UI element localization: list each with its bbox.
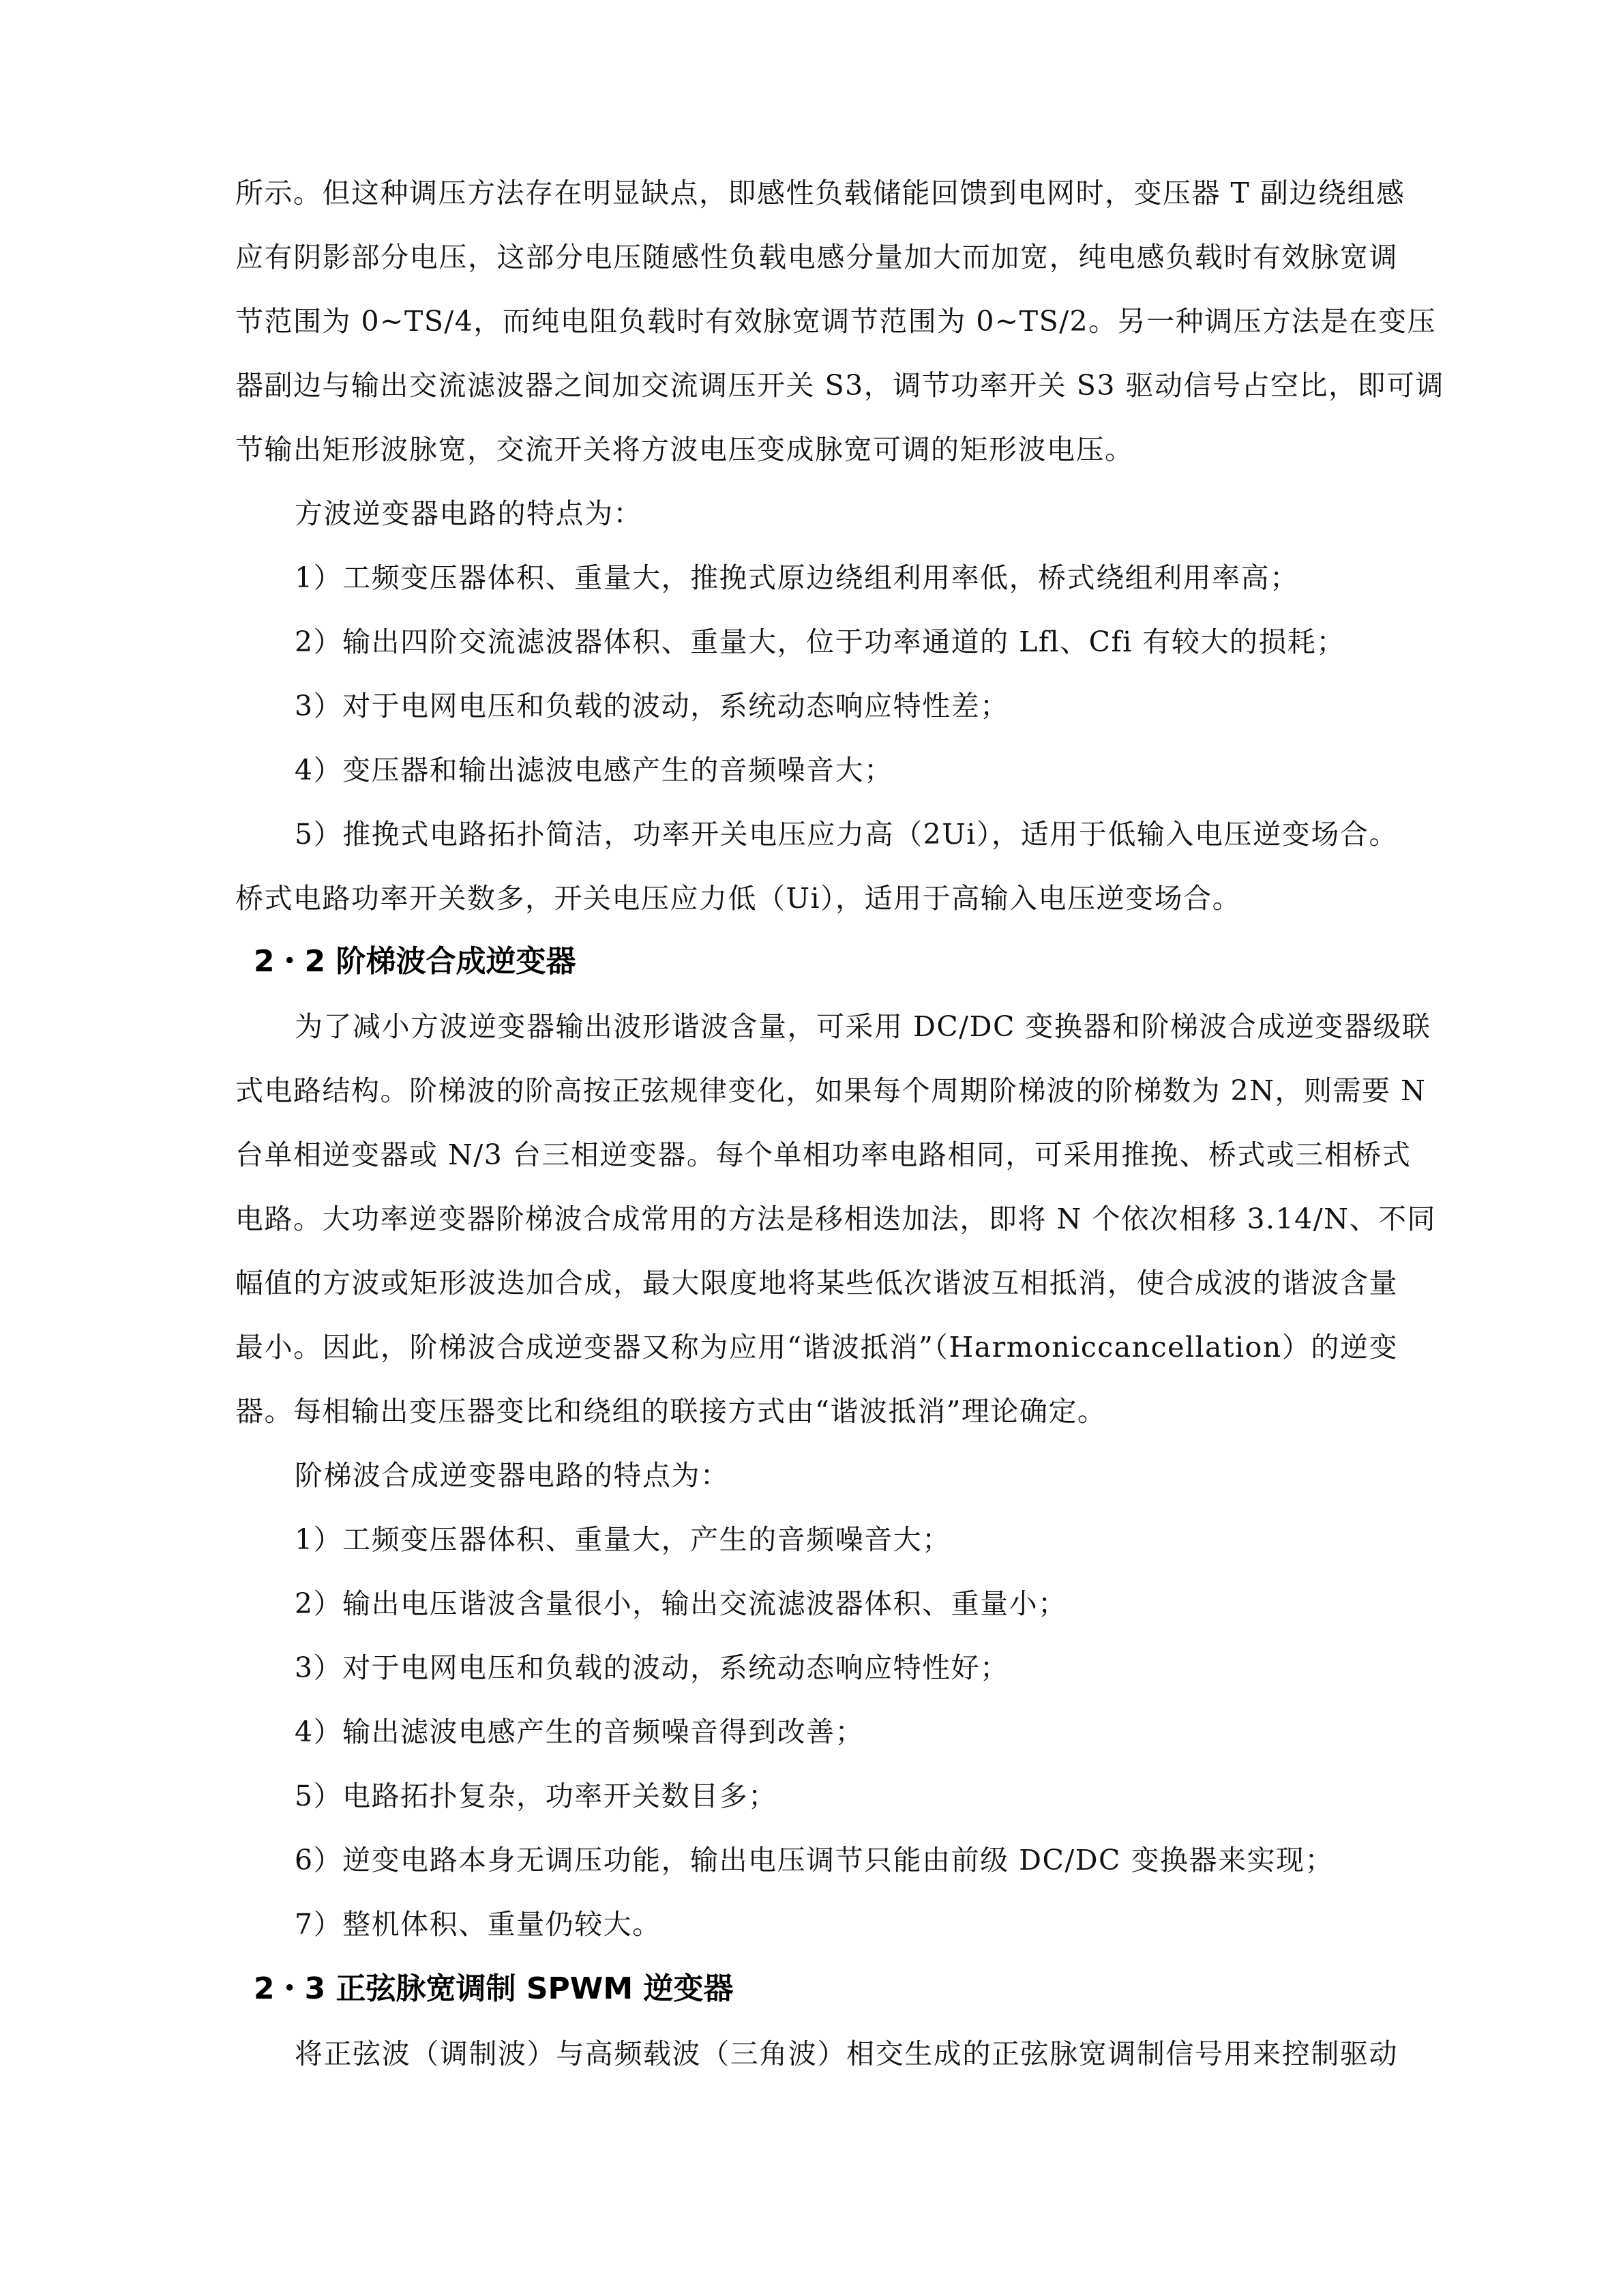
list-item: 3）对于电网电压和负载的波动，系统动态响应特性差； bbox=[295, 686, 1398, 726]
list-item: 1）工频变压器体积、重量大，产生的音频噪音大； bbox=[295, 1519, 1398, 1560]
body-text-line: 台单相逆变器或 N/3 台三相逆变器。每个单相功率电路相同，可采用推挽、桥式或三… bbox=[235, 1134, 1398, 1175]
list-intro-text: 方波逆变器电路的特点为： bbox=[295, 493, 1398, 534]
list-item: 7）整机体积、重量仍较大。 bbox=[295, 1904, 1398, 1945]
body-text-line: 应有阴影部分电压，这部分电压随感性负载电感分量加大而加宽，纯电感负载时有效脉宽调 bbox=[235, 237, 1398, 278]
body-text-line: 器。每相输出变压器变比和绕组的联接方式由“谐波抵消”理论确定。 bbox=[235, 1391, 1398, 1432]
body-text-line: 将正弦波（调制波）与高频载波（三角波）相交生成的正弦脉宽调制信号用来控制驱动 bbox=[295, 2033, 1398, 2074]
body-text-line: 节范围为 0~TS/4，而纯电阻负载时有效脉宽调节范围为 0~TS/2。另一种调… bbox=[235, 301, 1398, 342]
list-item: 3）对于电网电压和负载的波动，系统动态响应特性好； bbox=[295, 1647, 1398, 1688]
body-text-line: 幅值的方波或矩形波迭加合成，最大限度地将某些低次谐波互相抵消，使合成波的谐波含量 bbox=[235, 1263, 1398, 1304]
body-text-line: 器副边与输出交流滤波器之间加交流调压开关 S3，调节功率开关 S3 驱动信号占空… bbox=[235, 365, 1398, 406]
list-item: 4）变压器和输出滤波电感产生的音频噪音大； bbox=[295, 750, 1398, 791]
list-item: 1）工频变压器体积、重量大，推挽式原边绕组利用率低，桥式绕组利用率高； bbox=[295, 557, 1398, 598]
body-text-line: 电路。大功率逆变器阶梯波合成常用的方法是移相迭加法，即将 N 个依次相移 3.1… bbox=[235, 1198, 1398, 1239]
body-text-line: 式电路结构。阶梯波的阶高按正弦规律变化，如果每个周期阶梯波的阶梯数为 2N，则需… bbox=[235, 1070, 1398, 1111]
body-text-line: 所示。但这种调压方法存在明显缺点，即感性负载储能回馈到电网时，变压器 T 副边绕… bbox=[235, 173, 1398, 214]
body-text-line: 为了减小方波逆变器输出波形谐波含量，可采用 DC/DC 变换器和阶梯波合成逆变器… bbox=[295, 1006, 1398, 1047]
body-text-line: 节输出矩形波脉宽，交流开关将方波电压变成脉宽可调的矩形波电压。 bbox=[235, 429, 1398, 470]
list-intro-text: 阶梯波合成逆变器电路的特点为： bbox=[295, 1455, 1398, 1496]
list-item: 5）推挽式电路拓扑简洁，功率开关电压应力高（2Ui），适用于低输入电压逆变场合。 bbox=[295, 814, 1398, 855]
body-text-line: 最小。因此，阶梯波合成逆变器又称为应用“谐波抵消”（Harmoniccancel… bbox=[235, 1327, 1398, 1368]
body-text-line: 桥式电路功率开关数多，开关电压应力低（Ui），适用于高输入电压逆变场合。 bbox=[235, 878, 1398, 919]
section-heading-2-2: 2・2 阶梯波合成逆变器 bbox=[254, 940, 576, 984]
list-item: 6）逆变电路本身无调压功能，输出电压调节只能由前级 DC/DC 变换器来实现； bbox=[295, 1840, 1398, 1881]
list-item: 5）电路拓扑复杂，功率开关数目多； bbox=[295, 1776, 1398, 1816]
list-item: 2）输出电压谐波含量很小，输出交流滤波器体积、重量小； bbox=[295, 1583, 1398, 1624]
document-page: 所示。但这种调压方法存在明显缺点，即感性负载储能回馈到电网时，变压器 T 副边绕… bbox=[0, 0, 1623, 2296]
list-item: 2）输出四阶交流滤波器体积、重量大，位于功率通道的 Lfl、Cfi 有较大的损耗… bbox=[295, 621, 1398, 662]
section-heading-2-3: 2・3 正弦脉宽调制 SPWM 逆变器 bbox=[254, 1967, 733, 2011]
list-item: 4）输出滤波电感产生的音频噪音得到改善； bbox=[295, 1711, 1398, 1752]
